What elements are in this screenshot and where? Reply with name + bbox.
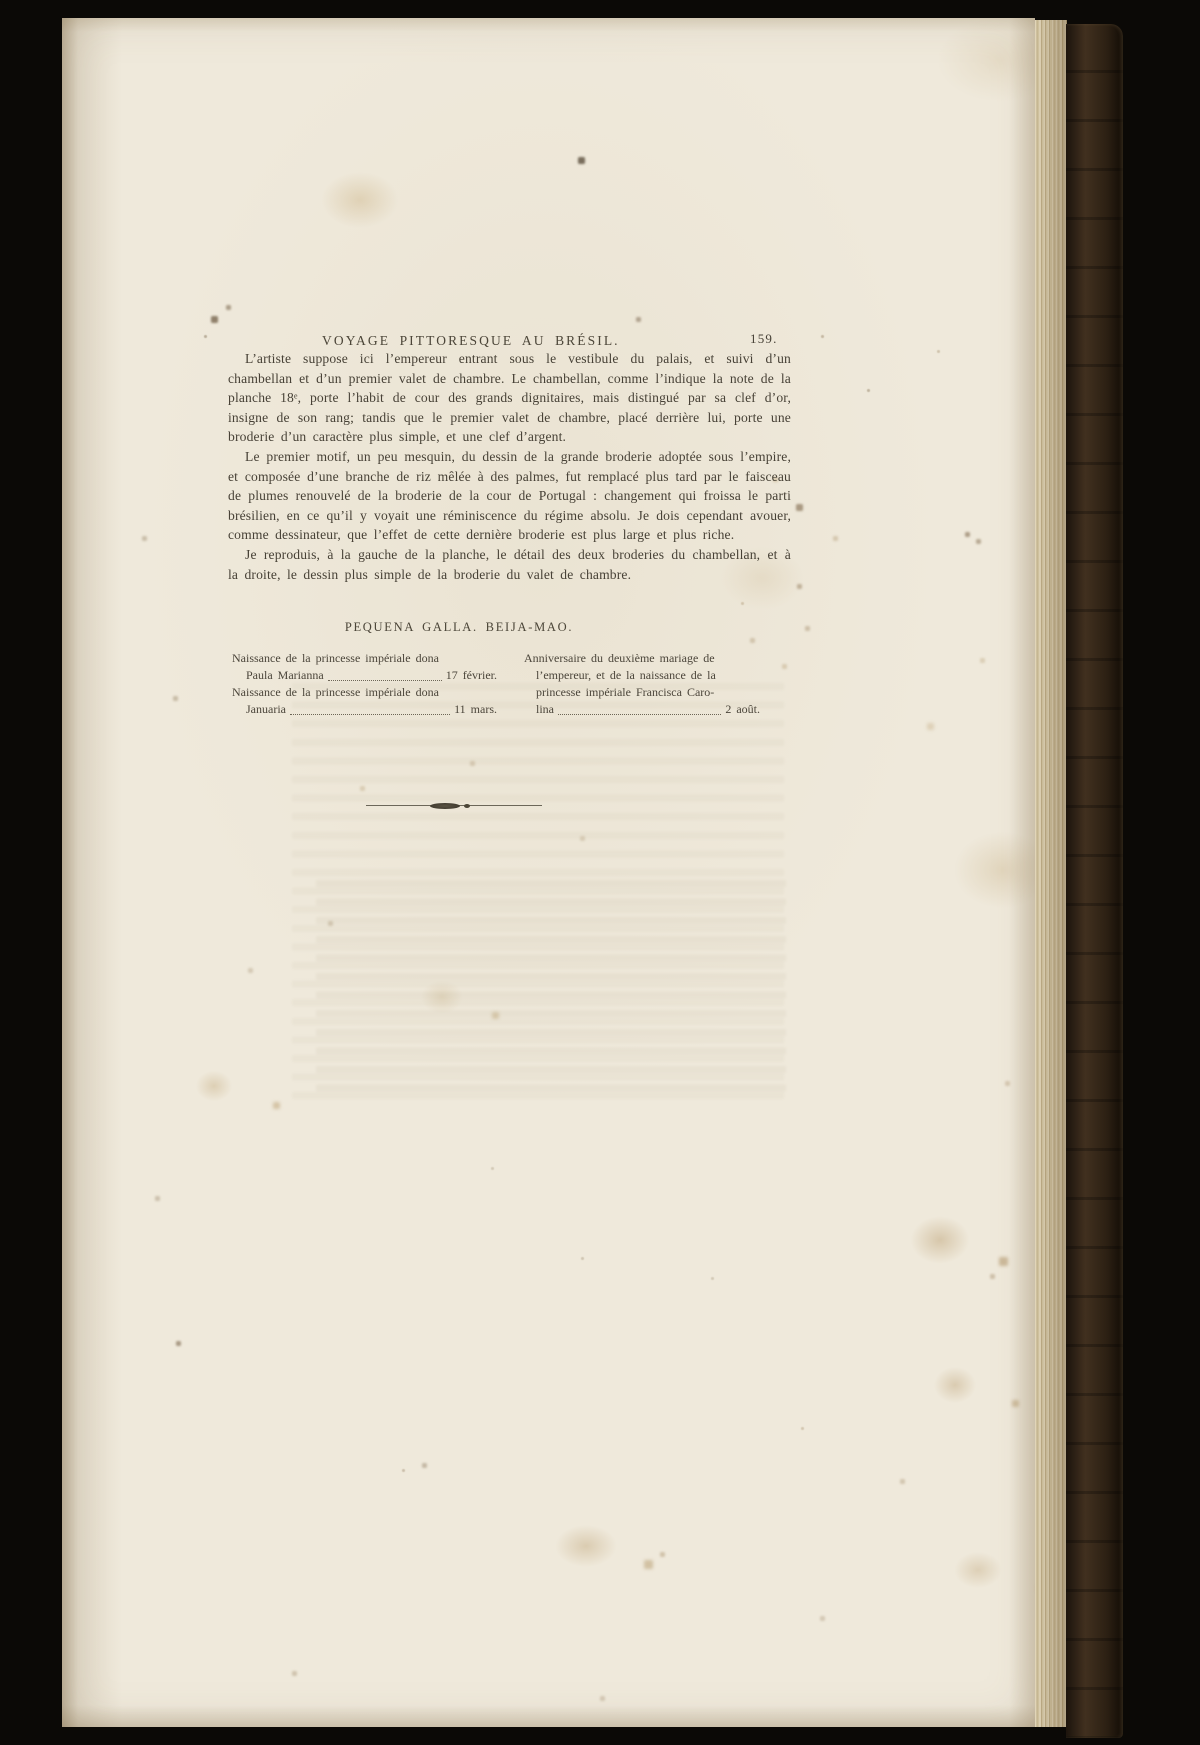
section-heading: PEQUENA GALLA. BEIJA-MAO. <box>228 620 690 635</box>
leader-dots <box>558 714 721 715</box>
event-date: 11 mars. <box>454 701 497 718</box>
event-entry: Januaria 11 mars. <box>232 701 497 718</box>
event-heading: Anniversaire du deuxième mariage de <box>524 650 760 667</box>
event-name: Paula Marianna <box>246 667 324 684</box>
paragraph: Je reproduis, à la gauche de la planche,… <box>228 545 791 584</box>
event-entry: Paula Marianna 17 février. <box>232 667 497 684</box>
event-date: 17 février. <box>446 667 497 684</box>
paragraph: L’artiste suppose ici l’empereur entrant… <box>228 349 791 447</box>
event-heading: princesse impériale Francisca Caro- <box>524 684 760 701</box>
date-list-left-column: Naissance de la princesse impériale dona… <box>232 650 497 718</box>
event-name: lina <box>536 701 554 718</box>
event-heading: l’empereur, et de la naissance de la <box>524 667 760 684</box>
book-page <box>62 18 1035 1727</box>
book-scan: VOYAGE PITTORESQUE AU BRÉSIL. 159. L’art… <box>0 0 1200 1745</box>
divider-lens-ornament <box>430 803 460 809</box>
event-heading: Naissance de la princesse impériale dona <box>232 650 497 667</box>
paragraph: Le premier motif, un peu mesquin, du des… <box>228 447 791 545</box>
leader-dots <box>290 714 450 715</box>
running-head: VOYAGE PITTORESQUE AU BRÉSIL. <box>322 333 620 349</box>
ornamental-divider <box>366 800 542 810</box>
ceremony-date-list: Naissance de la princesse impériale dona… <box>232 650 792 718</box>
foxing-stains <box>62 18 63 19</box>
divider-bead-ornament <box>464 804 470 808</box>
book-cover-spine <box>1066 24 1123 1738</box>
body-text: L’artiste suppose ici l’empereur entrant… <box>228 349 791 584</box>
event-date: 2 août. <box>725 701 760 718</box>
date-list-right-column: Anniversaire du deuxième mariage de l’em… <box>524 650 760 718</box>
page-edge-stack <box>1035 20 1067 1727</box>
event-name: Januaria <box>246 701 286 718</box>
page-number: 159. <box>750 331 778 347</box>
event-heading: Naissance de la princesse impériale dona <box>232 684 497 701</box>
event-entry: lina 2 août. <box>524 701 760 718</box>
bleed-through-text-lower <box>316 880 786 1102</box>
leader-dots <box>328 680 442 681</box>
